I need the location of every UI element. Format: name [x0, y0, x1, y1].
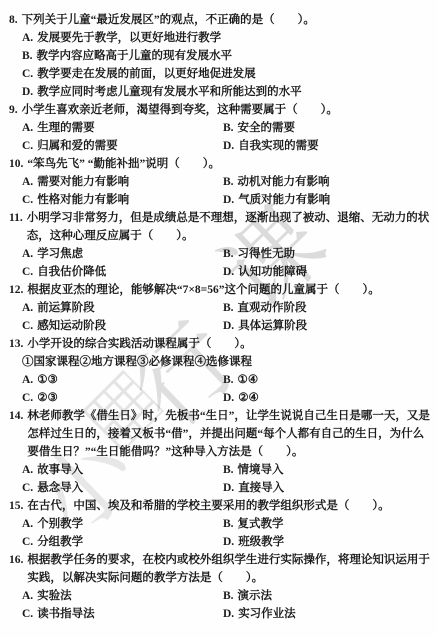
- option-text: 教学应同时考虑儿童现有发展水平和所能达到的水平: [37, 83, 430, 101]
- option-label: A.: [22, 587, 33, 605]
- option-B: B.教学内容应略高于儿童的现有发展水平: [22, 47, 430, 65]
- option-C: C.悬念导入: [22, 479, 223, 497]
- option-label: C.: [22, 479, 33, 497]
- question-16: 16.根据教学任务的要求，在校内或校外组织学生进行实际操作，将理论知识运用于实践…: [9, 551, 430, 623]
- option-text: 故事导入: [37, 461, 223, 479]
- option-label: D.: [223, 317, 234, 335]
- option-text: 直接导入: [238, 479, 430, 497]
- options-list: A.前运算阶段B.直观动作阶段C.感知运动阶段D.具体运算阶段: [9, 299, 430, 335]
- options-list: A.实验法B.演示法C.读书指导法D.实习作业法: [9, 587, 430, 623]
- option-B: B.复式教学: [223, 515, 430, 533]
- option-text: 读书指导法: [37, 605, 223, 623]
- option-label: C.: [22, 605, 33, 623]
- option-label: C.: [22, 137, 33, 155]
- option-B: B.直观动作阶段: [223, 299, 430, 317]
- option-text: 安全的需要: [238, 119, 430, 137]
- option-A: A.前运算阶段: [22, 299, 223, 317]
- question-stem-text: 林老师教学《借生日》时，先板书“生日”，让学生说说自己生日是哪一天，又是怎样过生…: [27, 407, 430, 461]
- question-stem: 11.小明学习非常努力，但是成绩总是不理想，逐渐出现了被动、退缩、无动力的状态，…: [9, 209, 430, 245]
- option-text: 动机对能力有影响: [238, 173, 430, 191]
- option-A: A.实验法: [22, 587, 223, 605]
- option-label: C.: [22, 191, 33, 209]
- option-text: 习得性无助: [238, 245, 430, 263]
- option-label: D.: [223, 479, 234, 497]
- option-D: D.直接导入: [223, 479, 430, 497]
- option-C: C.性格对能力有影响: [22, 191, 223, 209]
- option-text: 前运算阶段: [37, 299, 223, 317]
- option-A: A.个别教学: [22, 515, 223, 533]
- option-text: 性格对能力有影响: [37, 191, 223, 209]
- option-text: 实验法: [37, 587, 223, 605]
- question-stem: 10.“笨鸟先飞” “勤能补拙”说明（ ）。: [9, 155, 430, 173]
- option-label: A.: [22, 371, 33, 389]
- option-A: A.①③: [22, 371, 223, 389]
- option-label: A.: [22, 299, 33, 317]
- option-label: D.: [223, 263, 234, 281]
- option-label: C.: [22, 317, 33, 335]
- question-stem-text: “笨鸟先飞” “勤能补拙”说明（ ）。: [27, 155, 430, 173]
- options-list: A.需要对能力有影响B.动机对能力有影响C.性格对能力有影响D.气质对能力有影响: [9, 173, 430, 209]
- option-text: ②③: [37, 389, 223, 407]
- question-number: 16.: [9, 551, 23, 569]
- option-D: D.班级教学: [223, 533, 430, 551]
- option-label: A.: [22, 515, 33, 533]
- question-stem-text: 下列关于儿童“最近发展区”的观点，不正确的是（ ）。: [22, 11, 430, 29]
- option-text: ②④: [238, 389, 430, 407]
- question-8: 8.下列关于儿童“最近发展区”的观点，不正确的是（ ）。A.发展要先于教学，以更…: [9, 11, 430, 101]
- question-15: 15.在古代，中国、埃及和希腊的学校主要采用的教学组织形式是（ ）。A.个别教学…: [9, 497, 430, 551]
- question-stem: 13.小学开设的综合实践活动课程属于（ ）。: [9, 335, 430, 353]
- question-11: 11.小明学习非常努力，但是成绩总是不理想，逐渐出现了被动、退缩、无动力的状态，…: [9, 209, 430, 281]
- question-14: 14.林老师教学《借生日》时，先板书“生日”，让学生说说自己生日是哪一天，又是怎…: [9, 407, 430, 497]
- option-text: 气质对能力有影响: [238, 191, 430, 209]
- option-B: B.情境导入: [223, 461, 430, 479]
- option-label: C.: [22, 533, 33, 551]
- option-B: B.安全的需要: [223, 119, 430, 137]
- option-C: C.教学要走在发展的前面，以更好地促进发展: [22, 65, 430, 83]
- option-C: C.自我估价降低: [22, 263, 223, 281]
- option-C: C.分组教学: [22, 533, 223, 551]
- option-label: A.: [22, 461, 33, 479]
- option-text: 生理的需要: [37, 119, 223, 137]
- question-number: 9.: [9, 101, 18, 119]
- option-label: D.: [223, 191, 234, 209]
- option-A: A.需要对能力有影响: [22, 173, 223, 191]
- option-D: D.实习作业法: [223, 605, 430, 623]
- question-stem-text: 小明学习非常努力，但是成绩总是不理想，逐渐出现了被动、退缩、无动力的状态，这种心…: [27, 209, 430, 245]
- option-B: B.①④: [223, 371, 430, 389]
- option-label: B.: [223, 173, 234, 191]
- question-12: 12.根据皮亚杰的理论，能够解决“7×8=56”这个问题的儿童属于（ ）。A.前…: [9, 281, 430, 335]
- option-text: 教学内容应略高于儿童的现有发展水平: [37, 47, 430, 65]
- options-list: A.故事导入B.情境导入C.悬念导入D.直接导入: [9, 461, 430, 497]
- option-text: 认知功能障碍: [238, 263, 430, 281]
- option-label: A.: [22, 119, 33, 137]
- option-B: B.演示法: [223, 587, 430, 605]
- option-text: 需要对能力有影响: [37, 173, 223, 191]
- question-number: 11.: [9, 209, 23, 227]
- option-label: D.: [223, 389, 234, 407]
- question-number: 15.: [9, 497, 23, 515]
- option-text: 归属和爱的需要: [37, 137, 223, 155]
- option-label: C.: [22, 263, 33, 281]
- question-stem-text: 小学生喜欢亲近老师，渴望得到夸奖，这种需要属于（ ）。: [22, 101, 430, 119]
- option-C: C.感知运动阶段: [22, 317, 223, 335]
- option-text: 直观动作阶段: [238, 299, 430, 317]
- option-text: 悬念导入: [37, 479, 223, 497]
- option-text: 教学要走在发展的前面，以更好地促进发展: [37, 65, 430, 83]
- question-stem: 12.根据皮亚杰的理论，能够解决“7×8=56”这个问题的儿童属于（ ）。: [9, 281, 430, 299]
- option-C: C.②③: [22, 389, 223, 407]
- option-label: B.: [223, 371, 234, 389]
- option-label: B.: [223, 245, 234, 263]
- option-label: B.: [223, 587, 234, 605]
- option-label: D.: [223, 533, 234, 551]
- option-label: A.: [22, 29, 33, 47]
- option-label: D.: [22, 83, 33, 101]
- option-text: 分组教学: [37, 533, 223, 551]
- option-C: C.归属和爱的需要: [22, 137, 223, 155]
- question-stem-text: 在古代，中国、埃及和希腊的学校主要采用的教学组织形式是（ ）。: [27, 497, 430, 515]
- question-number: 8.: [9, 11, 18, 29]
- option-label: B.: [223, 119, 234, 137]
- option-text: 具体运算阶段: [238, 317, 430, 335]
- question-stem-text: 根据教学任务的要求，在校内或校外组织学生进行实际操作，将理论知识运用于实践，以解…: [27, 551, 430, 587]
- question-stem: 16.根据教学任务的要求，在校内或校外组织学生进行实际操作，将理论知识运用于实践…: [9, 551, 430, 587]
- options-list: A.学习焦虑B.习得性无助C.自我估价降低D.认知功能障碍: [9, 245, 430, 281]
- option-text: 自我实现的需要: [238, 137, 430, 155]
- option-label: A.: [22, 245, 33, 263]
- question-list: 8.下列关于儿童“最近发展区”的观点，不正确的是（ ）。A.发展要先于教学，以更…: [9, 11, 430, 623]
- question-stem-text: 根据皮亚杰的理论，能够解决“7×8=56”这个问题的儿童属于（ ）。: [27, 281, 430, 299]
- question-stem: 9.小学生喜欢亲近老师，渴望得到夸奖，这种需要属于（ ）。: [9, 101, 430, 119]
- question-9: 9.小学生喜欢亲近老师，渴望得到夸奖，这种需要属于（ ）。A.生理的需要B.安全…: [9, 101, 430, 155]
- option-label: B.: [223, 515, 234, 533]
- question-number: 14.: [9, 407, 23, 425]
- question-note: ①国家课程②地方课程③必修课程④选修课程: [9, 353, 430, 371]
- option-text: 复式教学: [238, 515, 430, 533]
- option-A: A.学习焦虑: [22, 245, 223, 263]
- option-label: B.: [22, 47, 33, 65]
- question-number: 12.: [9, 281, 23, 299]
- option-D: D.②④: [223, 389, 430, 407]
- option-text: ①③: [37, 371, 223, 389]
- options-list: A.发展要先于教学，以更好地进行教学B.教学内容应略高于儿童的现有发展水平C.教…: [9, 29, 430, 101]
- option-text: 班级教学: [238, 533, 430, 551]
- option-C: C.读书指导法: [22, 605, 223, 623]
- option-text: 情境导入: [238, 461, 430, 479]
- option-D: D.认知功能障碍: [223, 263, 430, 281]
- options-list: A.①③B.①④C.②③D.②④: [9, 371, 430, 407]
- option-label: A.: [22, 173, 33, 191]
- option-D: D.气质对能力有影响: [223, 191, 430, 209]
- option-D: D.教学应同时考虑儿童现有发展水平和所能达到的水平: [22, 83, 430, 101]
- option-text: 实习作业法: [238, 605, 430, 623]
- option-text: ①④: [238, 371, 430, 389]
- option-label: C.: [22, 389, 33, 407]
- option-text: 发展要先于教学，以更好地进行教学: [37, 29, 430, 47]
- option-text: 学习焦虑: [37, 245, 223, 263]
- option-A: A.生理的需要: [22, 119, 223, 137]
- option-A: A.故事导入: [22, 461, 223, 479]
- option-text: 感知运动阶段: [37, 317, 223, 335]
- question-stem-text: 小学开设的综合实践活动课程属于（ ）。: [27, 335, 430, 353]
- question-stem: 8.下列关于儿童“最近发展区”的观点，不正确的是（ ）。: [9, 11, 430, 29]
- question-number: 13.: [9, 335, 23, 353]
- option-D: D.具体运算阶段: [223, 317, 430, 335]
- option-B: B.动机对能力有影响: [223, 173, 430, 191]
- option-text: 自我估价降低: [37, 263, 223, 281]
- option-label: B.: [223, 299, 234, 317]
- option-label: D.: [223, 605, 234, 623]
- question-10: 10.“笨鸟先飞” “勤能补拙”说明（ ）。A.需要对能力有影响B.动机对能力有…: [9, 155, 430, 209]
- option-B: B.习得性无助: [223, 245, 430, 263]
- question-stem: 14.林老师教学《借生日》时，先板书“生日”，让学生说说自己生日是哪一天，又是怎…: [9, 407, 430, 461]
- option-text: 个别教学: [37, 515, 223, 533]
- option-D: D.自我实现的需要: [223, 137, 430, 155]
- options-list: A.生理的需要B.安全的需要C.归属和爱的需要D.自我实现的需要: [9, 119, 430, 155]
- exam-page: 8.下列关于儿童“最近发展区”的观点，不正确的是（ ）。A.发展要先于教学，以更…: [0, 0, 438, 623]
- option-label: B.: [223, 461, 234, 479]
- question-number: 10.: [9, 155, 23, 173]
- option-label: D.: [223, 137, 234, 155]
- options-list: A.个别教学B.复式教学C.分组教学D.班级教学: [9, 515, 430, 551]
- question-13: 13.小学开设的综合实践活动课程属于（ ）。①国家课程②地方课程③必修课程④选修…: [9, 335, 430, 407]
- option-text: 演示法: [238, 587, 430, 605]
- option-label: C.: [22, 65, 33, 83]
- option-A: A.发展要先于教学，以更好地进行教学: [22, 29, 430, 47]
- question-stem: 15.在古代，中国、埃及和希腊的学校主要采用的教学组织形式是（ ）。: [9, 497, 430, 515]
